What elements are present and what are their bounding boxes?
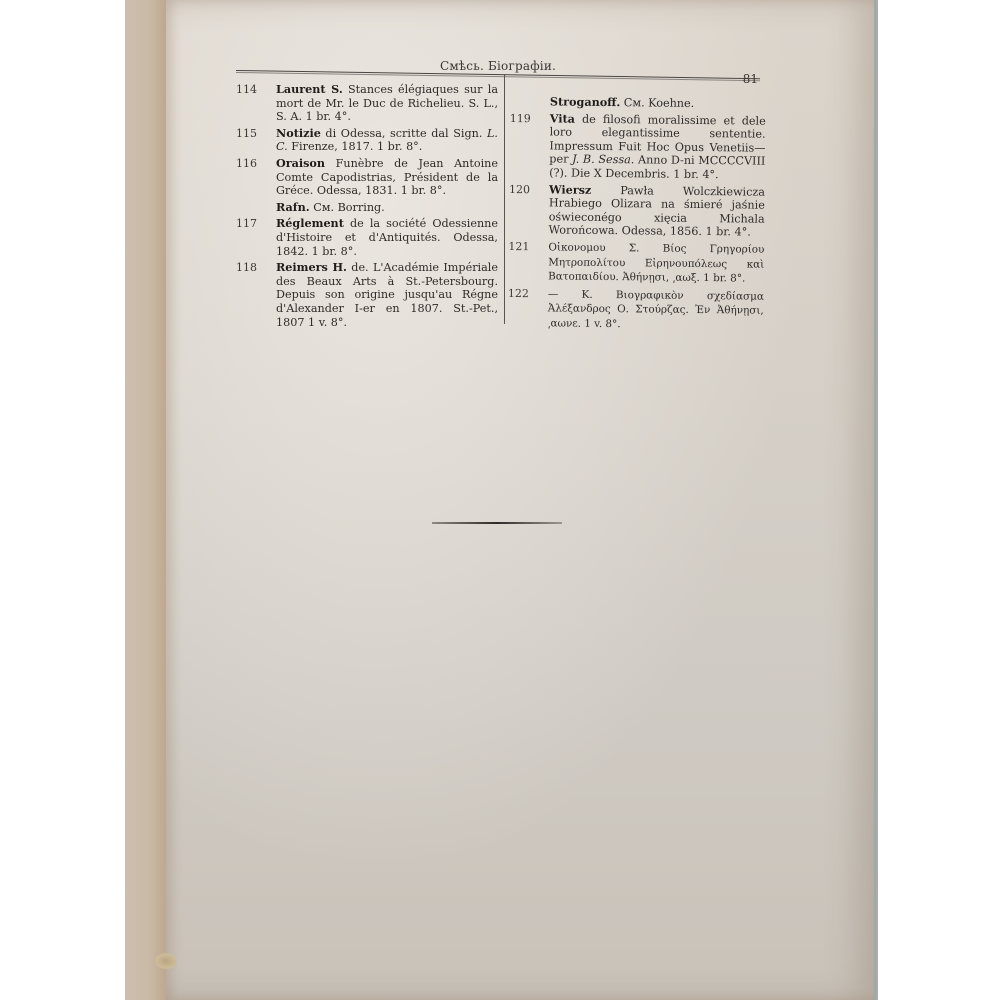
entry-heading: Reimers H. xyxy=(276,260,347,274)
left-column: 114 Laurent S. Stances élégiaques sur la… xyxy=(236,83,498,332)
entry-heading: Rafn. xyxy=(276,200,310,214)
paper-blemish xyxy=(155,953,177,969)
cross-reference-rafn: Rafn. См. Borring. xyxy=(236,201,498,215)
catalog-entry-117: 117 Réglement de la société Odessienne d… xyxy=(236,217,498,258)
entry-number: 122 xyxy=(508,287,538,301)
entry-number: 116 xyxy=(236,157,266,171)
catalog-entry-115: 115 Notizie di Odessa, scritte dal Sign.… xyxy=(236,127,498,154)
entry-text: См. Koehne. xyxy=(620,96,694,110)
entry-heading: Wiersz xyxy=(549,182,591,196)
entry-number: 114 xyxy=(236,83,266,97)
entry-heading: Notizie xyxy=(276,126,321,140)
entry-number: 117 xyxy=(236,217,266,231)
catalog-entry-114: 114 Laurent S. Stances élégiaques sur la… xyxy=(236,83,498,124)
entry-italic: J. B. Sessa. xyxy=(572,153,634,167)
section-end-rule xyxy=(432,522,562,524)
entry-heading: Stroganoff. xyxy=(550,94,621,109)
entry-number: 115 xyxy=(236,127,266,141)
entry-text: di Odessa, scritte dal Sign. xyxy=(321,127,487,140)
entry-heading: Vita xyxy=(550,111,575,125)
page-number: 81 xyxy=(743,72,758,86)
entry-number: 121 xyxy=(508,240,538,254)
entry-number: 118 xyxy=(236,261,266,275)
entry-text: Οἰκονομου Σ. Βίος Γρηγορίου Μητροπολίτου… xyxy=(548,241,764,284)
entry-number: 119 xyxy=(510,112,540,126)
catalog-entry-116: 116 Oraison Funèbre de Jean Antoine Comt… xyxy=(236,157,498,198)
entry-number: 120 xyxy=(509,183,539,197)
entry-tail: Firenze, 1817. 1 br. 8°. xyxy=(288,140,423,153)
catalog-entry-118: 118 Reimers H. de. L'Académie Impériale … xyxy=(236,261,498,329)
entry-text: См. Borring. xyxy=(310,201,385,214)
entry-text: — K. Βιογραφικὸν σχεδίασμα Ἀλέξανδρος Ο.… xyxy=(548,288,764,330)
cross-reference-stroganoff: Stroganoff. См. Koehne. xyxy=(510,95,766,111)
column-divider xyxy=(504,74,505,324)
entry-heading: Oraison xyxy=(276,156,325,170)
entry-heading: Réglement xyxy=(276,216,344,230)
catalog-entry-122: 122 — K. Βιογραφικὸν σχεδίασμα Ἀλέξανδρο… xyxy=(508,287,764,333)
book-spine xyxy=(125,0,170,1000)
catalog-entry-119: 119 Vita de filosofi moralissime et dele… xyxy=(509,112,766,183)
entry-heading: Laurent S. xyxy=(276,82,343,96)
catalog-entry-120: 120 Wiersz Pawła Wolczkiewicza Hrabiego … xyxy=(509,183,766,240)
catalog-entry-121: 121 Οἰκονομου Σ. Βίος Γρηγορίου Μητροπολ… xyxy=(508,240,764,286)
right-column: Stroganoff. См. Koehne. 119 Vita de filo… xyxy=(508,95,766,336)
